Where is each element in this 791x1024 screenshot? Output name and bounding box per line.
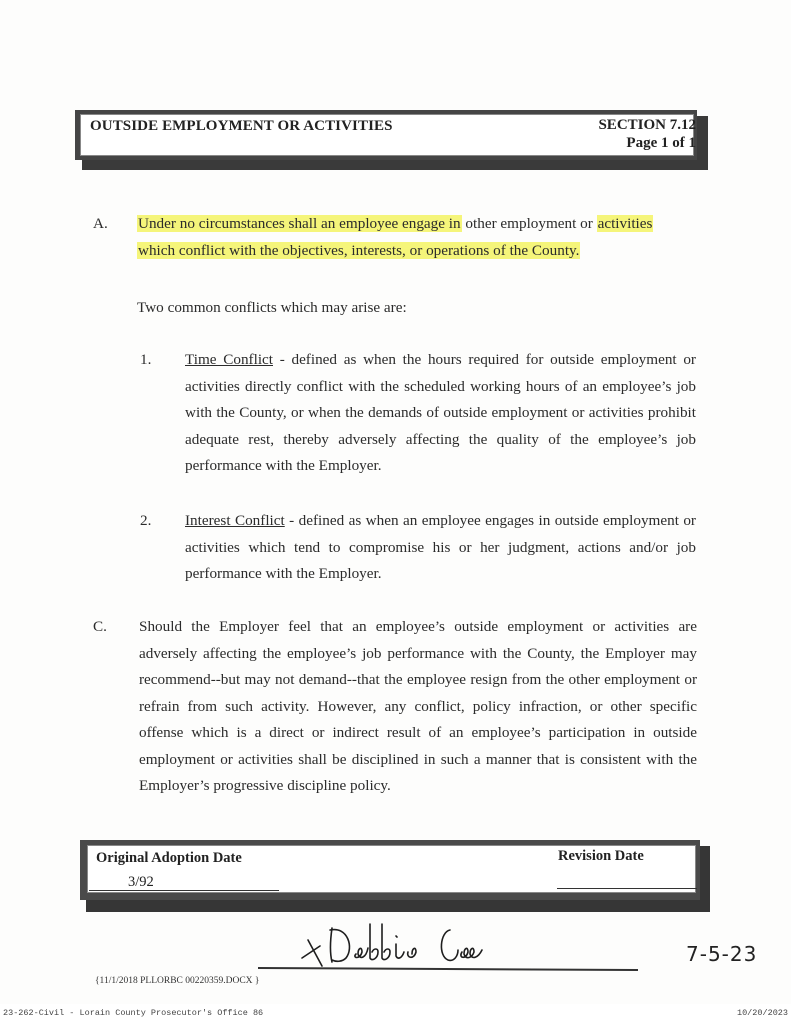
- conflict-item-time: Time Conflict - defined as when the hour…: [185, 347, 696, 480]
- highlighted-text: activities: [597, 215, 654, 232]
- conflict-definition: - defined as when the hours required for…: [185, 351, 696, 474]
- section-a-text: Under no circumstances shall an employee…: [137, 211, 695, 264]
- section-c-text: Should the Employer feel that an employe…: [139, 614, 697, 800]
- revision-date-label: Revision Date: [558, 848, 644, 865]
- conflict-number: 2.: [140, 508, 151, 535]
- signature-date: 7-5-23: [686, 942, 757, 966]
- highlighted-text: which conflict with the objectives, inte…: [137, 242, 580, 259]
- page-stamp-date: 10/20/2023: [737, 1008, 788, 1018]
- policy-title: OUTSIDE EMPLOYMENT OR ACTIVITIES: [90, 118, 393, 135]
- conflict-term: Time Conflict: [185, 351, 273, 368]
- conflict-number: 1.: [140, 347, 151, 374]
- adoption-date-label: Original Adoption Date: [96, 850, 242, 867]
- adoption-date-value: 3/92: [128, 874, 154, 891]
- section-c-marker: C.: [93, 614, 107, 641]
- document-reference: {11/1/2018 PLLORBC 00220359.DOCX }: [95, 976, 259, 986]
- section-number: SECTION 7.12: [598, 117, 696, 134]
- conflict-item-interest: Interest Conflict - defined as when an e…: [185, 508, 696, 588]
- highlighted-text: Under no circumstances shall an employee…: [137, 215, 462, 232]
- page-indicator: Page 1 of 1: [626, 135, 696, 152]
- conflict-term: Interest Conflict: [185, 512, 285, 529]
- revision-date-line: [557, 888, 697, 889]
- adoption-date-line: [89, 890, 279, 891]
- section-a-marker: A.: [93, 211, 108, 238]
- conflicts-intro: Two common conflicts which may arise are…: [137, 295, 407, 322]
- plain-text: other employment or: [462, 215, 597, 232]
- page-stamp-case: 23-262-Civil - Lorain County Prosecutor'…: [3, 1008, 263, 1018]
